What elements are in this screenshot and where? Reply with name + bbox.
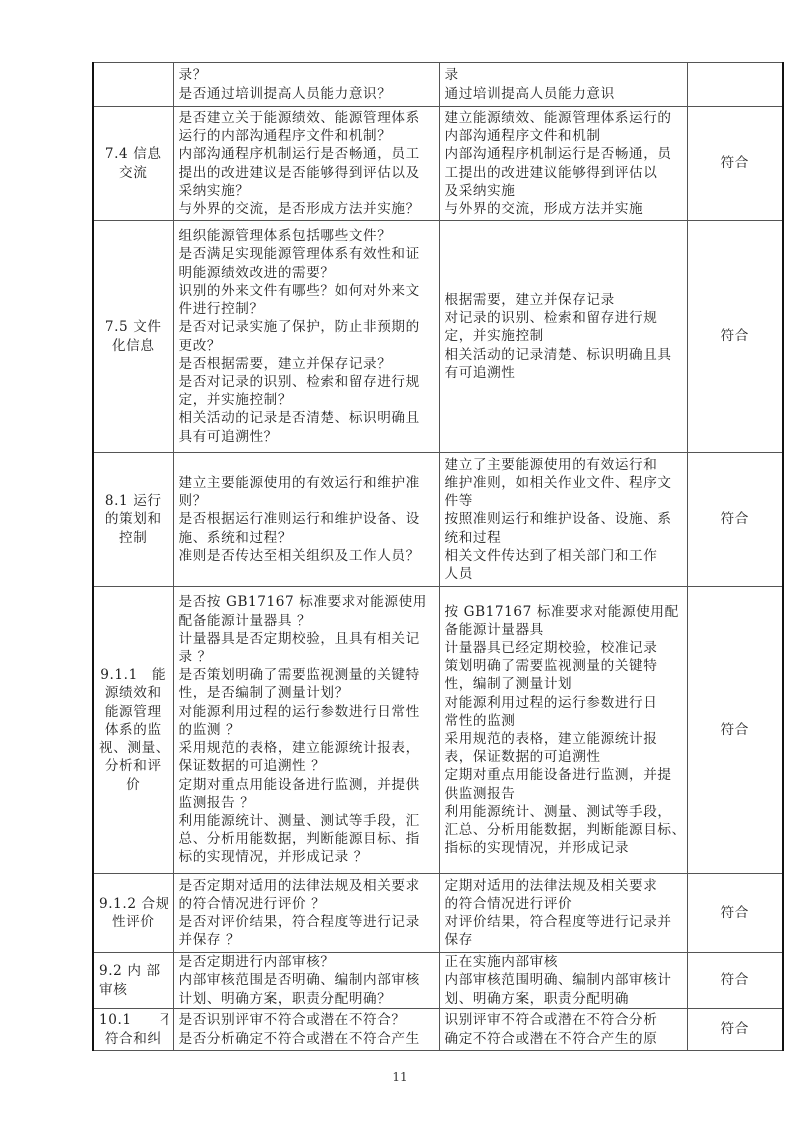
question-line: 具有可追溯性？ [179, 428, 434, 446]
question-line: 总、分析用能数据，判断能源目标、指 [179, 830, 434, 848]
page-number: 11 [0, 1070, 800, 1084]
clause-line: 7.4 信息 [99, 145, 168, 163]
evidence-line: 表，保证数据的可追溯性 [445, 748, 682, 766]
clause-line: 10.1 不 [99, 1011, 168, 1029]
conformity-result-cell: 符合 [687, 1009, 783, 1051]
conformity-result-cell: 符合 [687, 953, 783, 1009]
clause-line: 性评价 [99, 913, 168, 931]
audit-questions-cell: 是否识别评审不符合或潜在不符合？是否分析确定不符合或潜在不符合产生 [173, 1009, 439, 1051]
clause-cell: 7.5 文件化信息 [93, 221, 173, 453]
clause-line: 9.1.2 合规 [99, 895, 168, 913]
table-row: 9.1.1 能源绩效和能源管理体系的监视、测量、分析和评价是否按 GB17167… [93, 587, 783, 874]
question-line: 施、系统和过程？ [179, 529, 434, 547]
clause-line: 交流 [99, 164, 168, 182]
clause-line: 8.1 运行 [99, 492, 168, 510]
evidence-line: 建立能源绩效、能源管理体系运行的 [445, 109, 682, 127]
conformity-result-cell [687, 63, 783, 107]
question-line: 保证数据的可追溯性 ？ [179, 757, 434, 775]
evidence-line: 按照准则运行和维护设备、设施、系 [445, 510, 682, 528]
question-line: 标的实现情况，并形成记录 ？ [179, 848, 434, 866]
clause-cell [93, 63, 173, 107]
evidence-line: 对记录的识别、检索和留存进行规 [445, 309, 682, 327]
audit-questions-cell: 组织能源管理体系包括哪些文件？是否满足实现能源管理体系有效性和证明能源绩效改进的… [173, 221, 439, 453]
evidence-line: 划、明确方案，职责分配明确 [445, 990, 682, 1008]
clause-cell: 9.1.1 能源绩效和能源管理体系的监视、测量、分析和评价 [93, 587, 173, 874]
question-line: 内部审核范围是否明确、编制内部审核 [179, 971, 434, 989]
question-line: 计划、明确方案，职责分配明确？ [179, 990, 434, 1008]
audit-checklist-table: 录？是否通过培训提高人员能力意识？录通过培训提高人员能力意识7.4 信息交流是否… [92, 62, 784, 1051]
table-row: 7.4 信息交流是否建立关于能源绩效、能源管理体系运行的内部沟通程序文件和机制？… [93, 107, 783, 221]
evidence-line: 策划明确了需要监视测量的关键特 [445, 657, 682, 675]
evidence-line: 对能源利用过程的运行参数进行日 [445, 694, 682, 712]
evidence-line: 保存 [445, 931, 682, 949]
question-line: 定期对重点用能设备进行监测，并提供 [179, 776, 434, 794]
evidence-line: 建立了主要能源使用的有效运行和 [445, 456, 682, 474]
question-line: 是否对记录实施了保护，防止非预期的 [179, 318, 434, 336]
question-line: 则？ [179, 492, 434, 510]
clause-line: 7.5 文件 [99, 318, 168, 336]
clause-cell: 7.4 信息交流 [93, 107, 173, 221]
evidence-line: 定期对适用的法律法规及相关要求 [445, 877, 682, 895]
question-line: 计量器具是否定期校验，且具有相关记 [179, 630, 434, 648]
evidence-line: 录 [445, 66, 682, 84]
evidence-line: 供监测报告 [445, 785, 682, 803]
question-line: 监测报告 ？ [179, 794, 434, 812]
audit-evidence-cell: 建立了主要能源使用的有效运行和维护准则，如相关作业文件、程序文件等按照准则运行和… [439, 453, 687, 587]
clause-cell: 8.1 运行的策划和控制 [93, 453, 173, 587]
clause-line: 能源管理 [99, 703, 168, 721]
evidence-line: 常性的监测 [445, 712, 682, 730]
evidence-line: 根据需要，建立并保存记录 [445, 291, 682, 309]
evidence-line: 按 GB17167 标准要求对能源使用配 [445, 603, 682, 621]
question-line: 更改？ [179, 337, 434, 355]
clause-line: 化信息 [99, 337, 168, 355]
question-line: 准则是否传达至相关组织及工作人员？ [179, 547, 434, 565]
question-line: 内部沟通程序机制运行是否畅通，员工 [179, 145, 434, 163]
evidence-line: 的符合情况进行评价 [445, 895, 682, 913]
evidence-line: 识别评审不符合或潜在不符合分析 [445, 1011, 682, 1029]
question-line: 是否识别评审不符合或潜在不符合？ [179, 1011, 434, 1029]
evidence-line: 人员 [445, 565, 682, 583]
audit-evidence-cell: 识别评审不符合或潜在不符合分析确定不符合或潜在不符合产生的原 [439, 1009, 687, 1051]
evidence-line: 采用规范的表格，建立能源统计报 [445, 730, 682, 748]
evidence-line: 工提出的改进建议能够得到评估以 [445, 164, 682, 182]
table-row: 7.5 文件化信息组织能源管理体系包括哪些文件？是否满足实现能源管理体系有效性和… [93, 221, 783, 453]
question-line: 录 ？ [179, 648, 434, 666]
question-line: 是否定期对适用的法律法规及相关要求 [179, 877, 434, 895]
conformity-result-cell: 符合 [687, 221, 783, 453]
evidence-line: 内部审核范围明确、编制内部审核计 [445, 971, 682, 989]
question-line: 性，是否编制了测量计划？ [179, 684, 434, 702]
conformity-result-cell: 符合 [687, 874, 783, 953]
clause-line: 控制 [99, 529, 168, 547]
evidence-line: 与外界的交流，形成方法并实施 [445, 200, 682, 218]
evidence-line: 定期对重点用能设备进行监测，并提 [445, 766, 682, 784]
question-line: 提出的改进建议是否能够得到评估以及 [179, 164, 434, 182]
table-row: 9.1.2 合规性评价是否定期对适用的法律法规及相关要求的符合情况进行评价 ？是… [93, 874, 783, 953]
question-line: 的监测 ？ [179, 721, 434, 739]
table-row: 9.2 内 部审核是否定期进行内部审核？内部审核范围是否明确、编制内部审核计划、… [93, 953, 783, 1009]
clause-line: 分析和评 [99, 757, 168, 775]
audit-questions-cell: 是否定期进行内部审核？内部审核范围是否明确、编制内部审核计划、明确方案，职责分配… [173, 953, 439, 1009]
audit-evidence-cell: 根据需要，建立并保存记录对记录的识别、检索和留存进行规定，并实施控制相关活动的记… [439, 221, 687, 453]
clause-line: 审核 [99, 981, 168, 999]
evidence-line: 内部沟通程序机制运行是否畅通，员 [445, 145, 682, 163]
evidence-line: 统和过程 [445, 529, 682, 547]
audit-evidence-cell: 正在实施内部审核内部审核范围明确、编制内部审核计划、明确方案，职责分配明确 [439, 953, 687, 1009]
audit-evidence-cell: 录通过培训提高人员能力意识 [439, 63, 687, 107]
table-row: 8.1 运行的策划和控制建立主要能源使用的有效运行和维护准则？是否根据运行准则运… [93, 453, 783, 587]
question-line: 对能源利用过程的运行参数进行日常性 [179, 703, 434, 721]
audit-evidence-cell: 建立能源绩效、能源管理体系运行的内部沟通程序文件和机制内部沟通程序机制运行是否畅… [439, 107, 687, 221]
evidence-line: 内部沟通程序文件和机制 [445, 127, 682, 145]
clause-cell: 10.1 不符合和纠 [93, 1009, 173, 1051]
question-line: 是否对评价结果，符合程度等进行记录 [179, 913, 434, 931]
conformity-result-cell: 符合 [687, 107, 783, 221]
conformity-result-cell: 符合 [687, 587, 783, 874]
clause-line: 9.1.1 能 [99, 666, 168, 684]
audit-questions-cell: 录？是否通过培训提高人员能力意识？ [173, 63, 439, 107]
evidence-line: 备能源计量器具 [445, 621, 682, 639]
evidence-line: 通过培训提高人员能力意识 [445, 85, 682, 103]
question-line: 是否分析确定不符合或潜在不符合产生 [179, 1030, 434, 1048]
question-line: 是否对记录的识别、检索和留存进行规 [179, 373, 434, 391]
clause-cell: 9.1.2 合规性评价 [93, 874, 173, 953]
question-line: 是否通过培训提高人员能力意识？ [179, 85, 434, 103]
question-line: 明能源绩效改进的需要？ [179, 264, 434, 282]
question-line: 并保存 ？ [179, 931, 434, 949]
table-row: 录？是否通过培训提高人员能力意识？录通过培训提高人员能力意识 [93, 63, 783, 107]
question-line: 是否根据运行准则运行和维护设备、设 [179, 510, 434, 528]
question-line: 是否定期进行内部审核？ [179, 953, 434, 971]
question-line: 配备能源计量器具 ？ [179, 612, 434, 630]
question-line: 建立主要能源使用的有效运行和维护准 [179, 474, 434, 492]
clause-line: 视、测量、 [99, 739, 168, 757]
evidence-line: 确定不符合或潜在不符合产生的原 [445, 1030, 682, 1048]
audit-questions-cell: 是否定期对适用的法律法规及相关要求的符合情况进行评价 ？是否对评价结果，符合程度… [173, 874, 439, 953]
clause-line: 源绩效和 [99, 684, 168, 702]
evidence-line: 性，编制了测量计划 [445, 675, 682, 693]
question-line: 是否根据需要，建立并保存记录？ [179, 355, 434, 373]
evidence-line: 件等 [445, 492, 682, 510]
question-line: 件进行控制？ [179, 300, 434, 318]
question-line: 采纳实施？ [179, 182, 434, 200]
audit-questions-cell: 是否按 GB17167 标准要求对能源使用配备能源计量器具 ？计量器具是否定期校… [173, 587, 439, 874]
evidence-line: 正在实施内部审核 [445, 953, 682, 971]
question-line: 与外界的交流，是否形成方法并实施？ [179, 200, 434, 218]
conformity-result-cell: 符合 [687, 453, 783, 587]
evidence-line: 维护准则，如相关作业文件、程序文 [445, 474, 682, 492]
evidence-line: 指标的实现情况，并形成记录 [445, 839, 682, 857]
audit-evidence-cell: 定期对适用的法律法规及相关要求的符合情况进行评价对评价结果，符合程度等进行记录并… [439, 874, 687, 953]
clause-line: 价 [99, 776, 168, 794]
clause-line: 9.2 内 部 [99, 962, 168, 980]
question-line: 采用规范的表格，建立能源统计报表， [179, 739, 434, 757]
question-line: 组织能源管理体系包括哪些文件？ [179, 227, 434, 245]
question-line: 是否按 GB17167 标准要求对能源使用 [179, 593, 434, 611]
evidence-line: 汇总、分析用能数据，判断能源目标、 [445, 821, 682, 839]
clause-line: 体系的监 [99, 721, 168, 739]
evidence-line: 利用能源统计、测量、测试等手段， [445, 803, 682, 821]
question-line: 是否策划明确了需要监视测量的关键特 [179, 666, 434, 684]
evidence-line: 计量器具已经定期校验，校准记录 [445, 639, 682, 657]
question-line: 录？ [179, 66, 434, 84]
evidence-line: 相关文件传达到了相关部门和工作 [445, 547, 682, 565]
clause-cell: 9.2 内 部审核 [93, 953, 173, 1009]
question-line: 利用能源统计、测量、测试等手段，汇 [179, 812, 434, 830]
evidence-line: 定，并实施控制 [445, 327, 682, 345]
audit-evidence-cell: 按 GB17167 标准要求对能源使用配备能源计量器具计量器具已经定期校验，校准… [439, 587, 687, 874]
question-line: 定，并实施控制？ [179, 391, 434, 409]
document-page: 录？是否通过培训提高人员能力意识？录通过培训提高人员能力意识7.4 信息交流是否… [0, 0, 800, 1131]
question-line: 识别的外来文件有哪些？如何对外来文 [179, 282, 434, 300]
evidence-line: 及采纳实施 [445, 182, 682, 200]
question-line: 是否满足实现能源管理体系有效性和证 [179, 245, 434, 263]
table-row: 10.1 不符合和纠是否识别评审不符合或潜在不符合？是否分析确定不符合或潜在不符… [93, 1009, 783, 1051]
evidence-line: 有可追溯性 [445, 364, 682, 382]
question-line: 的符合情况进行评价 ？ [179, 895, 434, 913]
question-line: 运行的内部沟通程序文件和机制？ [179, 127, 434, 145]
clause-line: 的策划和 [99, 510, 168, 528]
audit-questions-cell: 建立主要能源使用的有效运行和维护准则？是否根据运行准则运行和维护设备、设施、系统… [173, 453, 439, 587]
evidence-line: 相关活动的记录清楚、标识明确且具 [445, 346, 682, 364]
audit-questions-cell: 是否建立关于能源绩效、能源管理体系运行的内部沟通程序文件和机制？内部沟通程序机制… [173, 107, 439, 221]
question-line: 是否建立关于能源绩效、能源管理体系 [179, 109, 434, 127]
clause-line: 符合和纠 [99, 1030, 168, 1048]
evidence-line: 对评价结果，符合程度等进行记录并 [445, 913, 682, 931]
question-line: 相关活动的记录是否清楚、标识明确且 [179, 409, 434, 427]
